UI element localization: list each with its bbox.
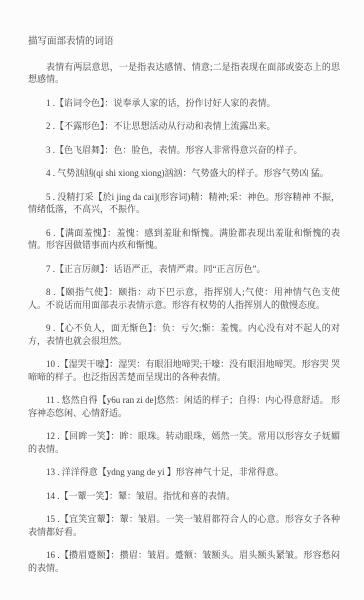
definition-item-10: 10 .【湿哭干嚎】：湿哭：有眼泪地啼哭;干嚎：没有眼泪地啼哭。形容哭 哭啼啼的… — [28, 358, 340, 383]
definition-item-12: 12 .【回眸一笑】：眸：眼珠。转动眼珠，嫣然一笑。常用以形容女子妩媚 的表情。 — [28, 430, 340, 455]
definition-item-11: 11 . 悠然自得【y6u ran zi de]悠然：闲适的样子；自得：内心得意… — [28, 394, 340, 419]
definition-item-5: 5 . 没精打采【於i jing da cai](形容词)精：精神;采：神色。形… — [28, 191, 340, 216]
page-title: 描写面部表情的词语 — [28, 36, 340, 49]
definition-item-9: 9 .【心不负人，面无惭色】：负：亏欠;惭：羞愧。内心没有对不起人的对 方，表情… — [28, 322, 340, 347]
definition-item-15: 15 .【宜笑宜颦】：颦：皱眉。一笑一皱眉都符合人的心意。形容女子各种 表情都好… — [28, 513, 340, 538]
definition-item-3: 3 .【色飞眉舞】：色：脸色，表情。形容人非常得意兴奋的样子。 — [28, 144, 340, 157]
definition-item-4: 4 . 气势汹汹(qi shi xiong xiong)汹汹：气势盛大的样子。形… — [28, 167, 340, 180]
definition-item-2: 2 .【不露形色】：不让思想活动从行动和表情上流露出来。 — [28, 120, 340, 133]
definition-item-16: 16 .【攒眉蹙额】：攒眉：皱眉。蹙额：皱额头。眉头额头紧皱。形容愁闷 的表情。 — [28, 549, 340, 574]
definition-item-1: 1 .【谄词令色】：说奉承人家的话，扮作讨好人家的表情。 — [28, 97, 340, 110]
definition-item-7: 7 .【正言厉颜】：话语严正，表情严肃。同“正言厉色”。 — [28, 263, 340, 276]
definition-item-8: 8 .【颐指气使】：颐指：动下巴示意，指挥别人;气使：用神情气色支使 人。不说话… — [28, 286, 340, 311]
definition-item-13: 13 . 洋洋得意【ydng yang de yi 】形容神气十足，非常得意。 — [28, 466, 340, 479]
definition-item-6: 6 .【满面羞愧】：羞愧：感到羞耻和惭愧。满脸都表现出羞耻和惭愧的表 情。形容因… — [28, 227, 340, 252]
intro-paragraph: 表情有两层意思，一是指表达感情、情意;二是指表现在面部或姿态上的思 想感情。 — [28, 61, 340, 86]
document-page: 描写面部表情的词语 表情有两层意思，一是指表达感情、情意;二是指表现在面部或姿态… — [0, 0, 364, 600]
definition-item-14: 14 .【一颦一笑】：颦：皱眉。指忧和喜的表情。 — [28, 490, 340, 503]
